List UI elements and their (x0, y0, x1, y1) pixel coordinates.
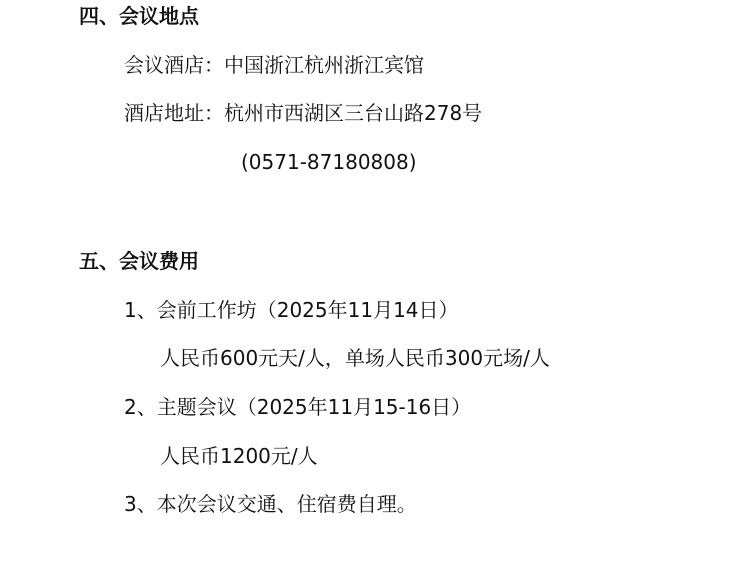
hotel-value: 中国浙江杭州浙江宾馆 (224, 53, 424, 77)
fee-item-title: 1、会前工作坊（2025年11月14日） (124, 296, 459, 324)
address-label: 酒店地址： (124, 101, 224, 125)
address-line: 酒店地址：杭州市西湖区三台山路278号 (124, 99, 482, 127)
section-heading-venue: 四、会议地点 (79, 2, 199, 30)
fee-item-detail: 人民币600元天/人，单场人民币300元场/人 (160, 344, 550, 372)
hotel-line: 会议酒店：中国浙江杭州浙江宾馆 (124, 51, 424, 79)
fee-item-title: 3、本次会议交通、住宿费自理。 (124, 490, 417, 518)
section-heading-fees: 五、会议费用 (79, 247, 199, 275)
address-value: 杭州市西湖区三台山路278号 (224, 101, 482, 125)
hotel-label: 会议酒店： (124, 53, 224, 77)
hotel-phone: (0571-87180808) (241, 148, 417, 176)
fee-item-title: 2、主题会议（2025年11月15-16日） (124, 393, 471, 421)
fee-item-detail: 人民币1200元/人 (160, 442, 318, 470)
